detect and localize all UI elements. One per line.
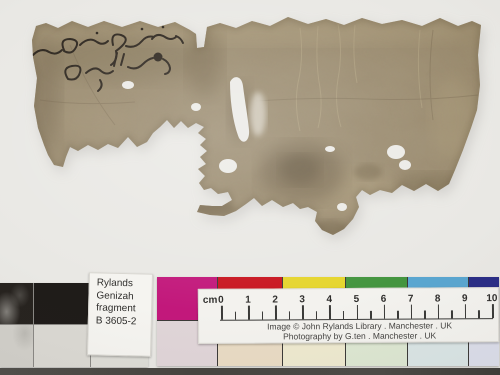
- ruler-tick: [302, 305, 304, 319]
- label-line-3: fragment: [96, 302, 151, 316]
- ruler-number-7: 7: [404, 294, 418, 305]
- ruler-tick: [438, 304, 440, 318]
- patch-black-1: [0, 283, 33, 324]
- ruler-number-8: 8: [431, 293, 445, 304]
- ruler-tick: [465, 304, 467, 318]
- ruler-number-6: 6: [376, 294, 390, 305]
- label-line-4: B 3605-2: [96, 315, 151, 329]
- ruler-credits: Image © John Rylands Library . Mancheste…: [199, 320, 498, 343]
- ruler-tick: [248, 306, 250, 320]
- ruler-tick: [275, 305, 277, 319]
- ruler-scale: 012345678910: [199, 288, 498, 290]
- parchment-body: [20, 8, 490, 244]
- credit-line-2: Photography by G.ten . Manchester . UK: [221, 330, 498, 342]
- ruler-tick: [384, 305, 386, 319]
- ruler-number-5: 5: [349, 294, 363, 305]
- ruler-tick: [492, 304, 494, 318]
- ruler-tick: [221, 306, 223, 320]
- ruler-number-4: 4: [322, 294, 336, 305]
- table-edge: [0, 368, 500, 375]
- ruler-number-1: 1: [241, 295, 255, 306]
- patch-black-2: [34, 283, 90, 324]
- label-line-1: Rylands: [97, 277, 152, 291]
- ruler-number-9: 9: [458, 293, 472, 304]
- patch-white-1: [0, 325, 33, 367]
- ruler-number-0: 0: [214, 295, 228, 306]
- patch-white-2: [34, 325, 90, 367]
- ruler: cm 012345678910 Image © John Rylands Lib…: [198, 287, 499, 344]
- label-sticker: RylandsGenizahfragmentB 3605-2: [87, 272, 153, 357]
- photo-stage: RylandsGenizahfragmentB 3605-2 cm 012345…: [0, 0, 500, 375]
- ruler-tick: [329, 305, 331, 319]
- ruler-tick: [411, 305, 413, 319]
- ruler-tick: [356, 305, 358, 319]
- ruler-number-2: 2: [268, 294, 282, 305]
- ruler-number-10: 10: [485, 293, 499, 304]
- ruler-number-3: 3: [295, 294, 309, 305]
